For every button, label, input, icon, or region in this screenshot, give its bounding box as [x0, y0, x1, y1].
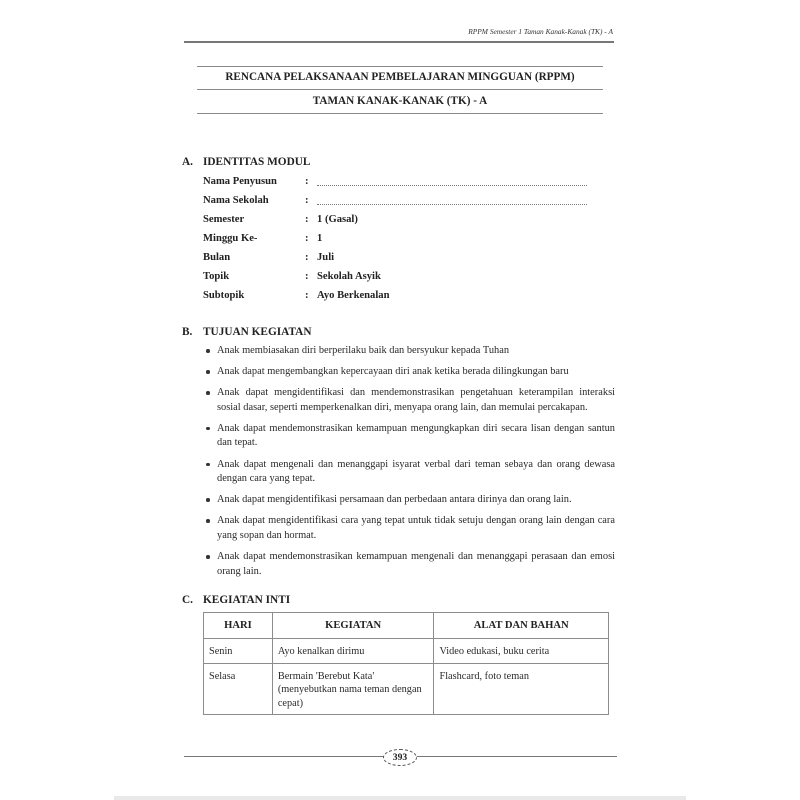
bullet-icon	[206, 519, 210, 523]
bullet-icon	[206, 463, 210, 467]
section-c-heading: KEGIATAN INTI	[203, 594, 290, 606]
identity-label: Minggu Ke-	[203, 233, 257, 244]
objective-item: Anak dapat mengidentifikasi persamaan da…	[203, 493, 615, 508]
objective-text: Anak dapat mengembangkan kepercayaan dir…	[217, 366, 569, 377]
page-edge-shadow	[114, 796, 686, 800]
objective-text: Anak dapat mendemonstrasikan kemampuan m…	[217, 423, 615, 449]
column-header-alat-bahan: ALAT DAN BAHAN	[434, 613, 609, 639]
objective-text: Anak dapat mengidentifikasi persamaan da…	[217, 494, 572, 505]
blank-fill-line	[317, 185, 587, 186]
bullet-icon	[206, 498, 210, 502]
table-cell-materials: Flashcard, foto teman	[434, 663, 609, 715]
identity-value: Juli	[317, 252, 334, 263]
objective-item: Anak membiasakan diri berperilaku baik d…	[203, 344, 615, 359]
title-rule-top	[197, 66, 603, 67]
identity-label: Nama Penyusun	[203, 176, 277, 187]
identity-label: Semester	[203, 214, 244, 225]
identity-colon: :	[305, 176, 309, 187]
section-a-heading: IDENTITAS MODUL	[203, 156, 310, 168]
identity-colon: :	[305, 252, 309, 263]
identity-colon: :	[305, 214, 309, 225]
bullet-icon	[206, 555, 210, 559]
identity-value: 1	[317, 233, 322, 244]
identity-value: Sekolah Asyik	[317, 271, 381, 282]
blank-fill-line	[317, 204, 587, 205]
identity-value: 1 (Gasal)	[317, 214, 358, 225]
document-subtitle: TAMAN KANAK-KANAK (TK) - A	[197, 95, 603, 107]
identity-label: Bulan	[203, 252, 230, 263]
identity-colon: :	[305, 290, 309, 301]
identity-label: Nama Sekolah	[203, 195, 269, 206]
objective-item: Anak dapat mendemonstrasikan kemampuan m…	[203, 422, 615, 451]
objectives-list: Anak membiasakan diri berperilaku baik d…	[203, 344, 615, 586]
objective-text: Anak membiasakan diri berperilaku baik d…	[217, 345, 509, 356]
table-cell-day: Senin	[204, 639, 273, 664]
objective-item: Anak dapat mengembangkan kepercayaan dir…	[203, 365, 615, 380]
header-rule	[184, 41, 614, 43]
objective-item: Anak dapat mendemonstrasikan kemampuan m…	[203, 550, 615, 579]
objective-text: Anak dapat mendemonstrasikan kemampuan m…	[217, 551, 615, 577]
section-a-letter: A.	[182, 156, 193, 168]
objective-text: Anak dapat mengenali dan menanggapi isya…	[217, 459, 615, 485]
objective-item: Anak dapat mengidentifikasi dan mendemon…	[203, 386, 615, 415]
page-number: 393	[383, 749, 417, 766]
identity-label: Topik	[203, 271, 229, 282]
title-rule-bottom	[197, 113, 603, 114]
objective-item: Anak dapat mengenali dan menanggapi isya…	[203, 458, 615, 487]
objective-text: Anak dapat mengidentifikasi cara yang te…	[217, 515, 615, 541]
objective-item: Anak dapat mengidentifikasi cara yang te…	[203, 514, 615, 543]
table-cell-day: Selasa	[204, 663, 273, 715]
bullet-icon	[206, 370, 210, 374]
section-c-letter: C.	[182, 594, 193, 606]
section-b-heading: TUJUAN KEGIATAN	[203, 326, 311, 338]
column-header-kegiatan: KEGIATAN	[272, 613, 434, 639]
identity-colon: :	[305, 233, 309, 244]
table-row: Selasa Bermain 'Berebut Kata' (menyebutk…	[204, 663, 609, 715]
table-cell-materials: Video edukasi, buku cerita	[434, 639, 609, 664]
running-header: RPPM Semester 1 Taman Kanak-Kanak (TK) -…	[400, 27, 613, 36]
identity-colon: :	[305, 271, 309, 282]
bullet-icon	[206, 391, 210, 395]
identity-label: Subtopik	[203, 290, 244, 301]
table-cell-activity: Bermain 'Berebut Kata' (menyebutkan nama…	[272, 663, 434, 715]
table-row: Senin Ayo kenalkan dirimu Video edukasi,…	[204, 639, 609, 664]
section-b-letter: B.	[182, 326, 192, 338]
bullet-icon	[206, 427, 210, 431]
title-rule-middle	[197, 89, 603, 90]
bullet-icon	[206, 349, 210, 353]
identity-colon: :	[305, 195, 309, 206]
identity-value: Ayo Berkenalan	[317, 290, 390, 301]
column-header-hari: HARI	[204, 613, 273, 639]
table-cell-activity: Ayo kenalkan dirimu	[272, 639, 434, 664]
table-header-row: HARI KEGIATAN ALAT DAN BAHAN	[204, 613, 609, 639]
document-title: RENCANA PELAKSANAAN PEMBELAJARAN MINGGUA…	[197, 71, 603, 83]
objective-text: Anak dapat mengidentifikasi dan mendemon…	[217, 387, 615, 413]
activities-table: HARI KEGIATAN ALAT DAN BAHAN Senin Ayo k…	[203, 612, 609, 715]
